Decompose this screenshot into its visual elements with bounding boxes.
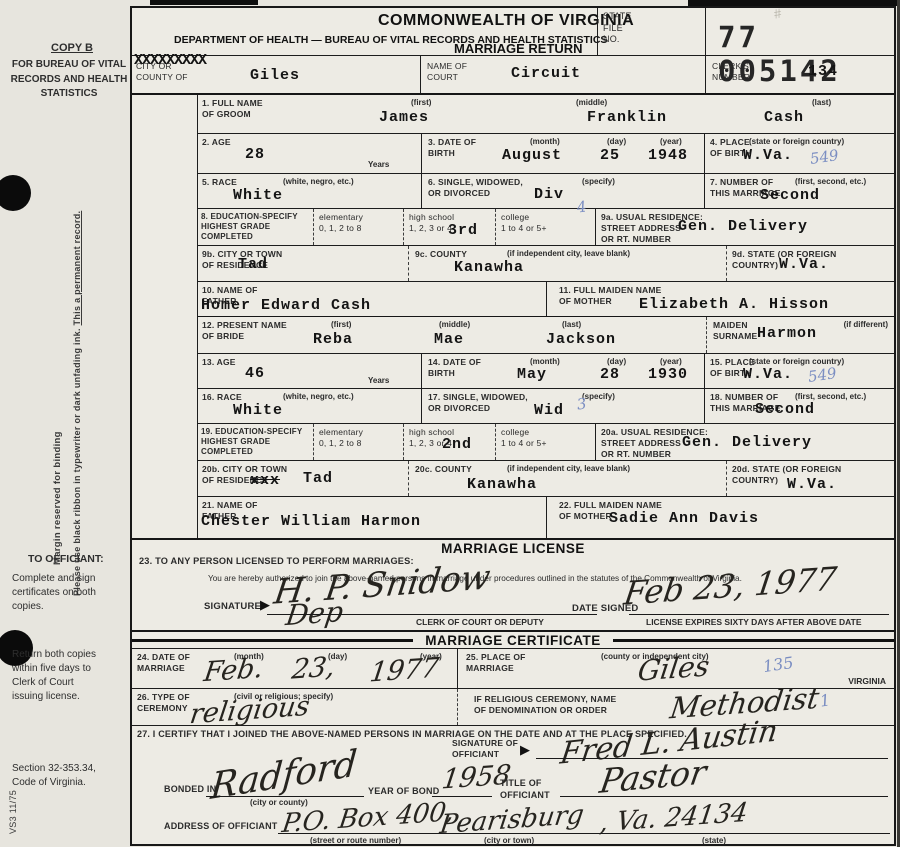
marriage-date-cell: 24. DATE OF MARRIAGE (month) (day) (year… bbox=[132, 649, 457, 688]
bride-race-value: White bbox=[233, 402, 283, 419]
bride-last: Jackson bbox=[546, 331, 616, 348]
bride-elementary-cell: elementary 0, 1, 2 to 8 bbox=[313, 424, 403, 460]
bride-county-cell: 20c. COUNTY (if independent city, leave … bbox=[408, 461, 726, 496]
address-street-value: P.O. Box 400, bbox=[280, 799, 456, 837]
party-grid: 1. FULL NAME OF GROOM (first) (middle) (… bbox=[197, 95, 894, 538]
bride-maiden-value: Harmon bbox=[757, 325, 817, 342]
groom-number-cell: 7. NUMBER OF THIS MARRIAGE (first, secon… bbox=[704, 174, 894, 208]
bride-maiden-hint: (if different) bbox=[844, 320, 888, 329]
day-hint: (day) bbox=[607, 137, 626, 146]
commonwealth-title: COMMONWEALTH OF VIRGINIA bbox=[378, 12, 634, 30]
groom-race-row: 5. RACE (white, negro, etc.) White 6. SI… bbox=[198, 173, 894, 208]
bride-father-value: Chester William Harmon bbox=[201, 513, 421, 530]
bonded-cell: BONDED IN Radford (city or county) YEAR … bbox=[132, 762, 894, 805]
groom-father-value: Homer Edward Cash bbox=[201, 297, 371, 314]
first-hint: (first) bbox=[331, 320, 351, 329]
groom-name-label: 1. FULL NAME OF GROOM bbox=[202, 98, 263, 120]
bonded-line bbox=[206, 796, 364, 797]
bride-maiden-cell: MAIDEN SURNAME (if different) Harmon bbox=[706, 317, 894, 353]
bride-name-label: 12. PRESENT NAME OF BRIDE bbox=[202, 320, 287, 342]
address-row: ADDRESS OF OFFICIANT P.O. Box 400, Peari… bbox=[132, 805, 894, 847]
clerk-cell: CLERK'S NUMBER 134 bbox=[705, 56, 894, 93]
bride-college-cell: college 1 to 4 or 5+ bbox=[495, 424, 595, 460]
officiant-note-return: Return both copies within five days to C… bbox=[12, 648, 128, 704]
title-line bbox=[560, 796, 888, 797]
state-file-cell: STATE FILE NO. bbox=[597, 8, 705, 55]
groom-street-cell: 9a. USUAL RESIDENCE: STREET ADDRESS OR R… bbox=[595, 209, 894, 245]
groom-number-value: Second bbox=[760, 187, 820, 204]
groom-race-cell: 5. RACE (white, negro, etc.) White bbox=[198, 174, 421, 208]
bride-dob-year: 1930 bbox=[648, 366, 688, 383]
bride-county-value: Kanawha bbox=[467, 476, 537, 493]
bride-street-cell: 20a. USUAL RESIDENCE: STREET ADDRESS OR … bbox=[595, 424, 894, 460]
clerk-label: CLERK'S NUMBER bbox=[712, 61, 750, 83]
denomination-cell: IF RELIGIOUS CEREMONY, NAME OF DENOMINAT… bbox=[457, 689, 894, 725]
bride-age-dob-row: 13. AGE 46 Years 14. DATE OF BIRTH (mont… bbox=[198, 353, 894, 388]
bride-city-value: Tad bbox=[303, 470, 333, 487]
bride-marital-label: 17. SINGLE, WIDOWED, OR DIVORCED bbox=[428, 392, 528, 414]
margin-binding-note: Margin reserved for binding bbox=[52, 431, 63, 565]
bride-name-row: 12. PRESENT NAME OF BRIDE (first) (middl… bbox=[198, 316, 894, 353]
county-label: CITY OR COUNTY OF bbox=[136, 61, 188, 83]
marriage-place-label: 25. PLACE OF MARRIAGE bbox=[466, 652, 526, 674]
groom-county-hint: (if independent city, leave blank) bbox=[507, 249, 630, 258]
arrow-icon: ▶ bbox=[520, 742, 530, 758]
certify-cell: 27. I CERTIFY THAT I JOINED THE ABOVE-NA… bbox=[132, 726, 894, 762]
bride-first: Reba bbox=[313, 331, 353, 348]
header-title-row: COMMONWEALTH OF VIRGINIA DEPARTMENT OF H… bbox=[132, 8, 894, 55]
header-court-row: XXXXXXXXX CITY OR COUNTY OF Giles NAME O… bbox=[132, 55, 894, 95]
groom-elementary-cell: elementary 0, 1, 2 to 8 bbox=[313, 209, 403, 245]
officiant-note-section: Section 32-353.34, Code of Virginia. bbox=[12, 762, 130, 790]
groom-first: James bbox=[379, 109, 429, 126]
street-hint: (street or route number) bbox=[310, 836, 401, 845]
denomination-annotation: 1 bbox=[819, 692, 831, 709]
groom-education-label: 8. EDUCATION-SPECIFY HIGHEST GRADE COMPL… bbox=[201, 212, 298, 243]
certificate-certify-row: 27. I CERTIFY THAT I JOINED THE ABOVE-NA… bbox=[132, 725, 894, 762]
groom-dob-year: 1948 bbox=[648, 147, 688, 164]
groom-age-label: 2. AGE bbox=[202, 137, 231, 148]
bride-birthplace-annotation: 549 bbox=[807, 366, 837, 385]
marriage-month: Feb. bbox=[202, 655, 265, 686]
groom-mother-cell: 11. FULL MAIDEN NAME OF MOTHER Elizabeth… bbox=[546, 282, 894, 316]
bride-marital-hint: (specify) bbox=[582, 392, 615, 401]
bride-birthplace-value: W.Va. bbox=[743, 366, 793, 383]
groom-race-value: White bbox=[233, 187, 283, 204]
marriage-place-value: Giles bbox=[636, 652, 711, 685]
hole-punch bbox=[0, 175, 31, 211]
officiant-signature-line bbox=[536, 758, 888, 759]
scan-artifact bbox=[150, 0, 258, 5]
scanned-marriage-return: COPY B FOR BUREAU OF VITAL RECORDS AND H… bbox=[0, 0, 900, 847]
officiant-note-complete: Complete and sign certificates on both c… bbox=[12, 572, 128, 614]
groom-dob-month: August bbox=[502, 147, 562, 164]
college-option: college 1 to 4 or 5+ bbox=[501, 427, 547, 449]
bride-mother-value: Sadie Ann Davis bbox=[609, 510, 759, 527]
bride-education-value: 2nd bbox=[442, 436, 472, 453]
signature-line bbox=[267, 614, 597, 615]
groom-highschool-cell: high school 1, 2, 3 or 4 3rd bbox=[403, 209, 495, 245]
bride-city-cell: 20b. CITY OR TOWN OF RESIDENCE xxx Tad bbox=[198, 461, 408, 496]
groom-father-cell: 10. NAME OF FATHER Homer Edward Cash bbox=[198, 282, 546, 316]
middle-hint: (middle) bbox=[439, 320, 470, 329]
first-hint: (first) bbox=[411, 98, 431, 107]
groom-city-cell: 9b. CITY OR TOWN OF RESIDENCE Tad bbox=[198, 246, 408, 281]
elementary-option: elementary 0, 1, 2 to 8 bbox=[319, 212, 363, 234]
groom-dob-label: 3. DATE OF BIRTH bbox=[428, 137, 476, 159]
bride-marital-cell: 17. SINGLE, WIDOWED, OR DIVORCED (specif… bbox=[421, 389, 704, 423]
ceremony-type-label: 26. TYPE OF CEREMONY bbox=[137, 692, 190, 714]
groom-state-value: W.Va. bbox=[779, 256, 829, 273]
license-expires-note: LICENSE EXPIRES SIXTY DAYS AFTER ABOVE D… bbox=[646, 617, 862, 627]
marriage-return-form: COMMONWEALTH OF VIRGINIA DEPARTMENT OF H… bbox=[130, 6, 896, 846]
bride-age-cell: 13. AGE 46 Years bbox=[198, 354, 421, 388]
year-hint: (year) bbox=[660, 137, 682, 146]
groom-age-value: 28 bbox=[245, 146, 265, 163]
bride-age-label: 13. AGE bbox=[202, 357, 236, 368]
bride-race-hint: (white, negro, etc.) bbox=[283, 392, 354, 401]
day-hint: (day) bbox=[607, 357, 626, 366]
middle-hint: (middle) bbox=[576, 98, 607, 107]
groom-age-cell: 2. AGE 28 Years bbox=[198, 134, 421, 173]
bride-middle: Mae bbox=[434, 331, 464, 348]
state-file-label: STATE FILE NO. bbox=[603, 11, 632, 46]
elementary-option: elementary 0, 1, 2 to 8 bbox=[319, 427, 363, 449]
bride-marital-annotation: 3 bbox=[576, 396, 588, 412]
ceremony-type-cell: 26. TYPE OF CEREMONY (civil or religious… bbox=[132, 689, 457, 725]
court-label: NAME OF COURT bbox=[427, 61, 467, 83]
certificate-title: MARRIAGE CERTIFICATE bbox=[413, 633, 613, 648]
groom-marital-value: Div bbox=[534, 186, 564, 203]
arrow-icon: ▶ bbox=[260, 597, 270, 613]
last-hint: (last) bbox=[812, 98, 831, 107]
date-line bbox=[629, 614, 889, 615]
title-of-officiant-label: TITLE OF OFFICIANT bbox=[500, 778, 550, 801]
state-hint: (state) bbox=[702, 836, 726, 845]
groom-race-hint: (white, negro, etc.) bbox=[283, 177, 354, 186]
groom-state-cell: 9d. STATE (OR FOREIGN COUNTRY) W.Va. bbox=[726, 246, 894, 281]
bride-birthplace-cell: 15. PLACE OF BIRTH (state or foreign cou… bbox=[704, 354, 894, 388]
bride-street-value: Gen. Delivery bbox=[682, 434, 812, 451]
court-cell: NAME OF COURT Circuit bbox=[420, 56, 705, 93]
bride-state-value: W.Va. bbox=[787, 476, 837, 493]
copy-for-note: FOR BUREAU OF VITAL RECORDS AND HEALTH S… bbox=[8, 58, 130, 102]
bride-number-cell: 18. NUMBER OF THIS MARRIAGE (first, seco… bbox=[704, 389, 894, 423]
court-value: Circuit bbox=[511, 65, 581, 82]
groom-name-row: 1. FULL NAME OF GROOM (first) (middle) (… bbox=[198, 95, 894, 133]
groom-county-value: Kanawha bbox=[454, 259, 524, 276]
college-option: college 1 to 4 or 5+ bbox=[501, 212, 547, 234]
marriage-date-label: 24. DATE OF MARRIAGE bbox=[137, 652, 190, 674]
bride-dob-day: 28 bbox=[600, 366, 620, 383]
bride-race-cell: 16. RACE (white, negro, etc.) White bbox=[198, 389, 421, 423]
certificate-date-place-row: 24. DATE OF MARRIAGE (month) (day) (year… bbox=[132, 648, 894, 688]
bride-dob-month: May bbox=[517, 366, 547, 383]
license-cell: MARRIAGE LICENSE 23. TO ANY PERSON LICEN… bbox=[132, 540, 894, 630]
bride-maiden-label: MAIDEN SURNAME bbox=[713, 320, 757, 342]
city-hint: (city or town) bbox=[484, 836, 534, 845]
year-of-bond-label: YEAR OF BOND bbox=[368, 786, 439, 798]
bride-father-cell: 21. NAME OF FATHER Chester William Harmo… bbox=[198, 497, 546, 538]
form-code: VS3 11/75 bbox=[8, 790, 18, 834]
bride-highschool-cell: high school 1, 2, 3 or 4 2nd bbox=[403, 424, 495, 460]
bride-dob-cell: 14. DATE OF BIRTH (month) (day) (year) M… bbox=[421, 354, 704, 388]
address-state-value: , Va. 24134 bbox=[598, 800, 749, 837]
bride-residence-row: 20b. CITY OR TOWN OF RESIDENCE xxx Tad 2… bbox=[198, 460, 894, 496]
bride-age-value: 46 bbox=[245, 365, 265, 382]
last-hint: (last) bbox=[562, 320, 581, 329]
groom-marital-cell: 6. SINGLE, WIDOWED, OR DIVORCED (specify… bbox=[421, 174, 704, 208]
date-signed-value: Feb 23, 1977 bbox=[622, 562, 839, 609]
bride-name-cell: 12. PRESENT NAME OF BRIDE (first) (middl… bbox=[198, 317, 706, 353]
marriage-day: 23, bbox=[290, 653, 337, 683]
year-hint: (year) bbox=[660, 357, 682, 366]
clerk-value: 134 bbox=[808, 63, 838, 80]
bride-marital-value: Wid bbox=[534, 402, 564, 419]
groom-age-dob-row: 2. AGE 28 Years 3. DATE OF BIRTH (month)… bbox=[198, 133, 894, 173]
license-title: MARRIAGE LICENSE bbox=[132, 541, 894, 556]
bride-education-row: 19. EDUCATION-SPECIFY HIGHEST GRADE COMP… bbox=[198, 423, 894, 460]
groom-name-cell: 1. FULL NAME OF GROOM (first) (middle) (… bbox=[198, 95, 894, 133]
marriage-place-cell: 25. PLACE OF MARRIAGE (county or indepen… bbox=[457, 649, 894, 688]
state-file-number-cell: 77 005142 # bbox=[705, 8, 894, 55]
bonded-row: BONDED IN Radford (city or county) YEAR … bbox=[132, 762, 894, 805]
groom-birthplace-hint: (state or foreign country) bbox=[749, 137, 844, 146]
groom-race-label: 5. RACE bbox=[202, 177, 237, 188]
bride-dob-label: 14. DATE OF BIRTH bbox=[428, 357, 481, 379]
address-of-officiant-label: ADDRESS OF OFFICIANT bbox=[164, 821, 278, 833]
bride-parents-row: 21. NAME OF FATHER Chester William Harmo… bbox=[198, 496, 894, 538]
bride-race-row: 16. RACE (white, negro, etc.) White 17. … bbox=[198, 388, 894, 423]
bride-age-unit: Years bbox=[368, 376, 389, 385]
certificate-title-row: MARRIAGE CERTIFICATE bbox=[132, 630, 894, 648]
address-cell: ADDRESS OF OFFICIANT P.O. Box 400, Peari… bbox=[132, 805, 894, 847]
groom-last: Cash bbox=[764, 109, 804, 126]
groom-marital-annotation: 4 bbox=[576, 199, 588, 215]
certificate-ceremony-row: 26. TYPE OF CEREMONY (civil or religious… bbox=[132, 688, 894, 725]
groom-city-value: Tad bbox=[238, 256, 268, 273]
groom-county-cell: 9c. COUNTY (if independent city, leave b… bbox=[408, 246, 726, 281]
groom-age-unit: Years bbox=[368, 160, 389, 169]
title-of-officiant-value: Pastor bbox=[598, 755, 709, 798]
bride-city-strikeout: xxx bbox=[250, 472, 280, 489]
groom-education-row: 8. EDUCATION-SPECIFY HIGHEST GRADE COMPL… bbox=[198, 208, 894, 245]
groom-parents-row: 10. NAME OF FATHER Homer Edward Cash 11.… bbox=[198, 281, 894, 316]
groom-education-label-cell: 8. EDUCATION-SPECIFY HIGHEST GRADE COMPL… bbox=[198, 209, 313, 245]
county-cell: XXXXXXXXX CITY OR COUNTY OF Giles bbox=[132, 56, 420, 93]
bride-state-cell: 20d. STATE (OR FOREIGN COUNTRY) W.Va. bbox=[726, 461, 894, 496]
month-hint: (month) bbox=[530, 137, 560, 146]
bride-number-hint: (first, second, etc.) bbox=[795, 392, 866, 401]
bride-education-label-cell: 19. EDUCATION-SPECIFY HIGHEST GRADE COMP… bbox=[198, 424, 313, 460]
bride-mother-cell: 22. FULL MAIDEN NAME OF MOTHER Sadie Ann… bbox=[546, 497, 894, 538]
month-hint: (month) bbox=[530, 357, 560, 366]
groom-birthplace-annotation: 549 bbox=[809, 148, 839, 167]
copy-label-text: COPY B bbox=[51, 42, 93, 54]
copy-label: COPY B bbox=[14, 42, 130, 54]
county-value: Giles bbox=[250, 67, 300, 84]
bonded-in-label: BONDED IN bbox=[164, 784, 216, 796]
marriage-place-annotation: 135 bbox=[762, 655, 794, 675]
groom-street-value: Gen. Delivery bbox=[678, 218, 808, 235]
form-title: MARRIAGE RETURN bbox=[454, 41, 583, 56]
marriage-license-section: MARRIAGE LICENSE 23. TO ANY PERSON LICEN… bbox=[132, 538, 894, 630]
groom-education-value: 3rd bbox=[448, 222, 478, 239]
bride-county-label: 20c. COUNTY bbox=[415, 464, 472, 475]
groom-dob-cell: 3. DATE OF BIRTH (month) (day) (year) Au… bbox=[421, 134, 704, 173]
bride-county-hint: (if independent city, leave blank) bbox=[507, 464, 630, 473]
header-title-cell: COMMONWEALTH OF VIRGINIA DEPARTMENT OF H… bbox=[132, 8, 597, 55]
groom-residence-row: 9b. CITY OR TOWN OF RESIDENCE Tad 9c. CO… bbox=[198, 245, 894, 281]
groom-mother-value: Elizabeth A. Hisson bbox=[639, 296, 829, 313]
bride-education-label: 19. EDUCATION-SPECIFY HIGHEST GRADE COMP… bbox=[201, 427, 302, 458]
groom-dob-day: 25 bbox=[600, 147, 620, 164]
bride-number-value: Second bbox=[755, 401, 815, 418]
officiant-signature-label: SIGNATURE OF OFFICIANT bbox=[452, 738, 518, 760]
title-bar-right bbox=[613, 639, 894, 642]
clerk-of-court-label: CLERK OF COURT OR DEPUTY bbox=[416, 617, 544, 627]
groom-marital-hint: (specify) bbox=[582, 177, 615, 186]
groom-birthplace-cell: 4. PLACE OF BIRTH (state or foreign coun… bbox=[704, 134, 894, 173]
groom-marital-label: 6. SINGLE, WIDOWED, OR DIVORCED bbox=[428, 177, 523, 199]
groom-number-hint: (first, second, etc.) bbox=[795, 177, 866, 186]
license-signature-label: SIGNATURE bbox=[204, 601, 261, 613]
denomination-label: IF RELIGIOUS CEREMONY, NAME OF DENOMINAT… bbox=[474, 694, 616, 716]
virginia-label: VIRGINIA bbox=[848, 676, 886, 686]
title-bar-left bbox=[132, 639, 413, 642]
ink-note: Please use black ribbon in typewriter or… bbox=[72, 211, 82, 596]
to-officiant-heading: TO OFFICIANT: bbox=[28, 553, 104, 565]
groom-birthplace-value: W.Va. bbox=[743, 147, 793, 164]
ceremony-type-value: religious bbox=[188, 693, 311, 729]
groom-middle: Franklin bbox=[587, 109, 667, 126]
address-line bbox=[278, 833, 890, 834]
ink-note-underlined: This a permanent record. bbox=[72, 211, 82, 326]
marriage-year: 1977 bbox=[368, 654, 440, 686]
